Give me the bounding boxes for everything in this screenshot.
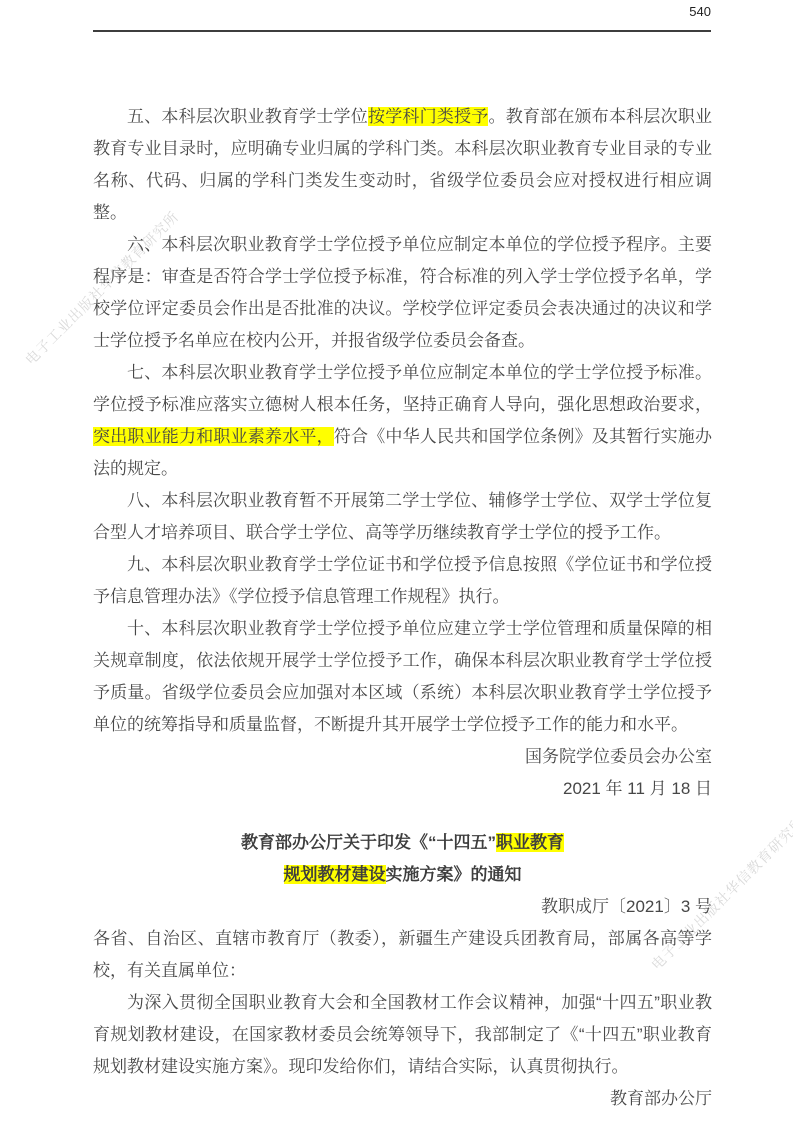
paragraph-8-text: 八、本科层次职业教育暂不开展第二学士学位、辅修学士学位、双学士学位复合型人才培养… xyxy=(93,491,712,542)
paragraph-7-text-before: 七、本科层次职业教育学士学位授予单位应制定本单位的学士学位授予标准。学位授予标准… xyxy=(93,363,712,414)
page-number: 540 xyxy=(689,4,711,19)
notice-body-paragraph: 为深入贯彻全国职业教育大会和全国教材工作会议精神，加强“十四五”职业教育规划教材… xyxy=(93,987,712,1083)
document-number: 教职成厅〔2021〕3 号 xyxy=(93,891,712,923)
title-line1-highlight: 职业教育 xyxy=(496,833,564,852)
signature-org: 国务院学位委员会办公室 xyxy=(93,741,712,773)
notice-title: 教育部办公厅关于印发《“十四五”职业教育 规划教材建设实施方案》的通知 xyxy=(93,827,712,891)
paragraph-item-6: 六、本科层次职业教育学士学位授予单位应制定本单位的学位授予程序。主要程序是：审查… xyxy=(93,229,712,357)
notice-title-line-1: 教育部办公厅关于印发《“十四五”职业教育 xyxy=(93,827,712,859)
signature-dept: 教育部办公厅 xyxy=(93,1083,712,1115)
paragraph-item-8: 八、本科层次职业教育暂不开展第二学士学位、辅修学士学位、双学士学位复合型人才培养… xyxy=(93,485,712,549)
paragraph-6-text: 六、本科层次职业教育学士学位授予单位应制定本单位的学位授予程序。主要程序是：审查… xyxy=(93,235,712,350)
paragraph-item-5: 五、本科层次职业教育学士学位按学科门类授予。教育部在颁布本科层次职业教育专业目录… xyxy=(93,101,712,229)
paragraph-9-text: 九、本科层次职业教育学士学位证书和学位授予信息按照《学位证书和学位授予信息管理办… xyxy=(93,555,712,606)
document-body: 五、本科层次职业教育学士学位按学科门类授予。教育部在颁布本科层次职业教育专业目录… xyxy=(93,101,712,1115)
title-line2-text: 实施方案》的通知 xyxy=(386,865,522,884)
paragraph-item-10: 十、本科层次职业教育学士学位授予单位应建立学士学位管理和质量保障的相关规章制度，… xyxy=(93,613,712,741)
paragraph-5-highlight: 按学科门类授予 xyxy=(368,107,489,126)
header-rule xyxy=(93,30,711,32)
paragraph-7-highlight: 突出职业能力和职业素养水平， xyxy=(93,427,334,446)
paragraph-5-text-before: 五、本科层次职业教育学士学位 xyxy=(127,107,368,126)
paragraph-10-text: 十、本科层次职业教育学士学位授予单位应建立学士学位管理和质量保障的相关规章制度，… xyxy=(93,619,712,734)
paragraph-item-7: 七、本科层次职业教育学士学位授予单位应制定本单位的学士学位授予标准。学位授予标准… xyxy=(93,357,712,485)
document-page: 540 电子工业出版社华信教育研究所 电子工业出版社华信教育研究所 五、本科层次… xyxy=(0,0,793,1122)
notice-title-line-2: 规划教材建设实施方案》的通知 xyxy=(93,859,712,891)
title-line1-text: 教育部办公厅关于印发《“十四五” xyxy=(241,833,496,852)
paragraph-item-9: 九、本科层次职业教育学士学位证书和学位授予信息按照《学位证书和学位授予信息管理办… xyxy=(93,549,712,613)
title-line2-highlight: 规划教材建设 xyxy=(284,865,386,884)
signature-date: 2021 年 11 月 18 日 xyxy=(93,773,712,805)
addressee-line: 各省、自治区、直辖市教育厅（教委），新疆生产建设兵团教育局，部属各高等学校，有关… xyxy=(93,923,712,987)
